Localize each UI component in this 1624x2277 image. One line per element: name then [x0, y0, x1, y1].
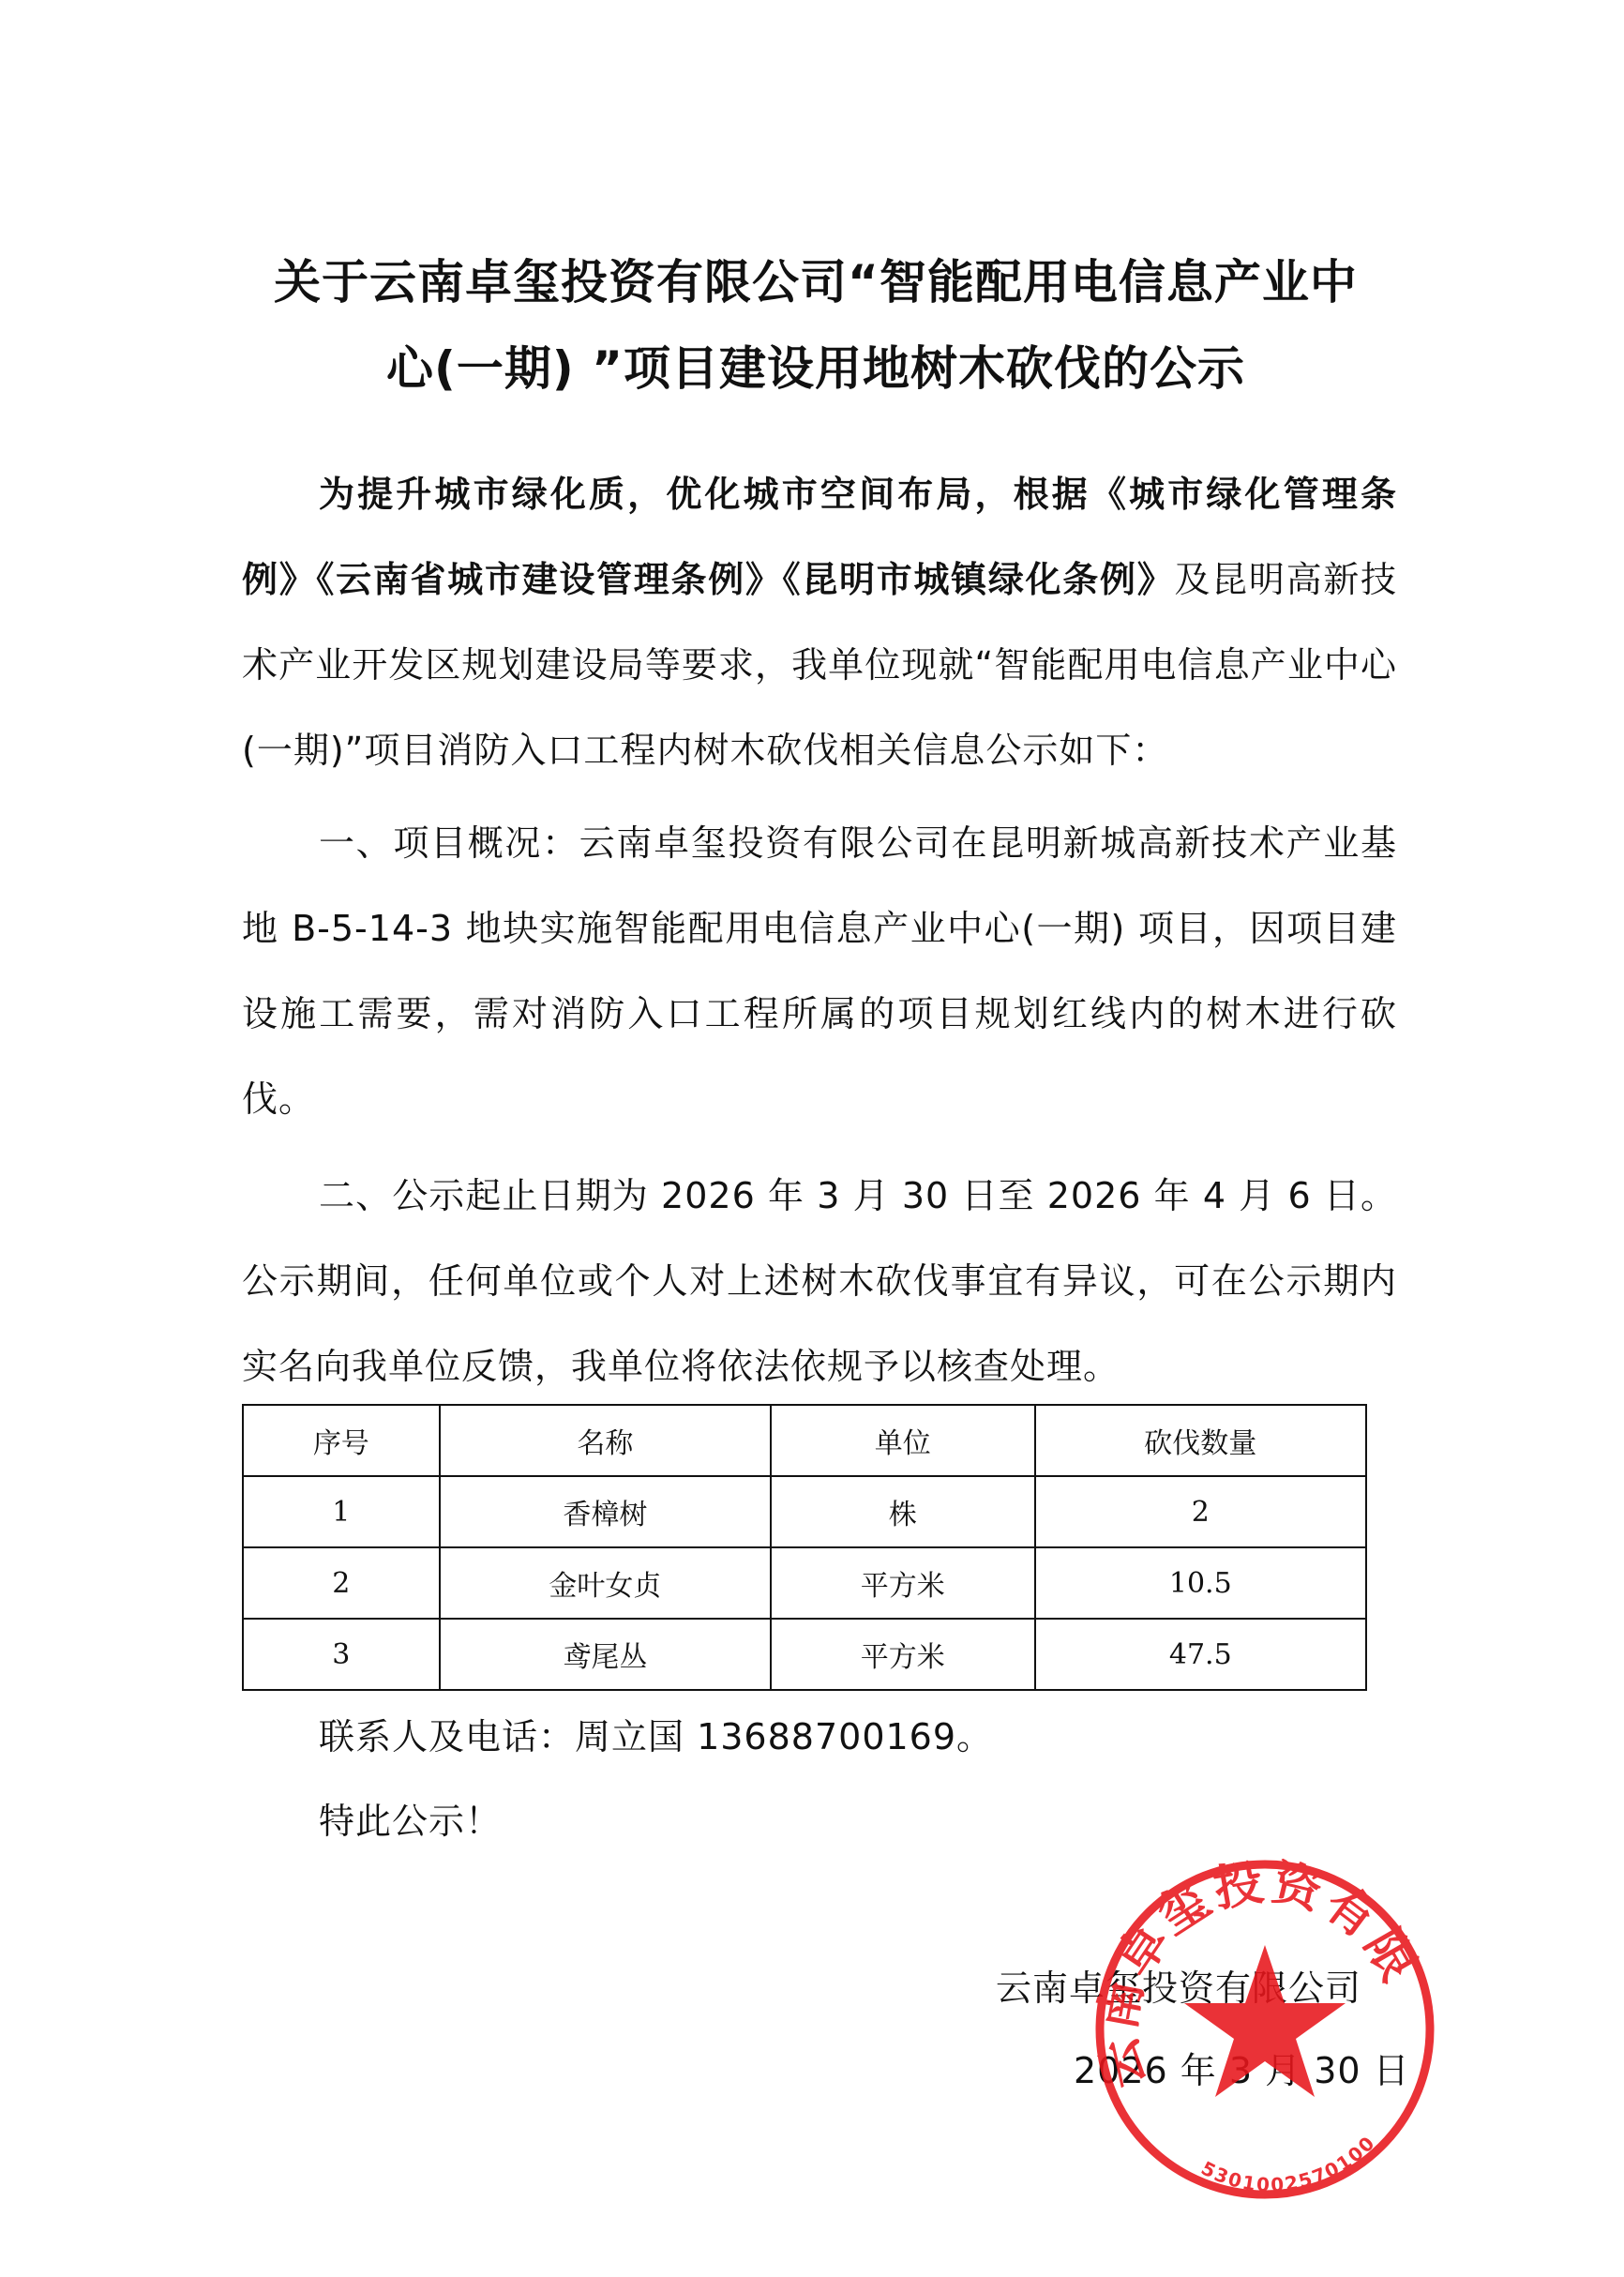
cell-unit: 平方米	[771, 1619, 1035, 1690]
cell-index: 3	[243, 1619, 440, 1690]
svg-text:5301002570100: 5301002570100	[1197, 2131, 1380, 2196]
cell-unit: 平方米	[771, 1547, 1035, 1619]
section-1-text: 一、项目概况：云南卓玺投资有限公司在昆明新城高新技术产业基地 B-5-14-3 …	[242, 801, 1397, 1142]
cell-quantity: 10.5	[1035, 1547, 1366, 1619]
notice-page: 关于云南卓玺投资有限公司“智能配用电信息产业中 心(一期) ”项目建设用地树木砍…	[0, 0, 1624, 2277]
closing-remark: 特此公示！	[319, 1793, 502, 1849]
cell-index: 2	[243, 1547, 440, 1619]
contact-info: 联系人及电话：周立国 13688700169。	[319, 1709, 993, 1765]
company-seal: 云南卓玺投资有限公司 5301002570100	[1090, 1855, 1439, 2204]
cell-quantity: 47.5	[1035, 1619, 1366, 1690]
intro-paragraph: 为提升城市绿化质，优化城市空间布局，根据《城市绿化管理条例》《云南省城市建设管理…	[242, 452, 1397, 793]
cell-name: 香樟树	[440, 1476, 771, 1547]
title-line-2: 心(一期) ”项目建设用地树木砍伐的公示	[225, 325, 1406, 412]
notice-period-paragraph: 二、公示起止日期为 2026 年 3 月 30 日至 2026 年 4 月 6 …	[242, 1154, 1397, 1410]
title-line-1: 关于云南卓玺投资有限公司“智能配用电信息产业中	[225, 239, 1406, 325]
cell-quantity: 2	[1035, 1476, 1366, 1547]
document-title: 关于云南卓玺投资有限公司“智能配用电信息产业中 心(一期) ”项目建设用地树木砍…	[225, 239, 1406, 412]
table-row: 2 金叶女贞 平方米 10.5	[243, 1547, 1366, 1619]
section-2-text: 二、公示起止日期为 2026 年 3 月 30 日至 2026 年 4 月 6 …	[242, 1154, 1397, 1410]
cell-name: 鸢尾丛	[440, 1619, 771, 1690]
tree-felling-table: 序号 名称 单位 砍伐数量 1 香樟树 株 2 2 金叶女贞 平方米 10.5 …	[242, 1404, 1367, 1691]
header-name: 名称	[440, 1405, 771, 1476]
cell-unit: 株	[771, 1476, 1035, 1547]
star-icon	[1184, 1945, 1346, 2097]
header-index: 序号	[243, 1405, 440, 1476]
cell-name: 金叶女贞	[440, 1547, 771, 1619]
table-header-row: 序号 名称 单位 砍伐数量	[243, 1405, 1366, 1476]
table-row: 3 鸢尾丛 平方米 47.5	[243, 1619, 1366, 1690]
header-unit: 单位	[771, 1405, 1035, 1476]
seal-code: 5301002570100	[1197, 2131, 1380, 2196]
header-quantity: 砍伐数量	[1035, 1405, 1366, 1476]
cell-index: 1	[243, 1476, 440, 1547]
table-row: 1 香樟树 株 2	[243, 1476, 1366, 1547]
project-overview-paragraph: 一、项目概况：云南卓玺投资有限公司在昆明新城高新技术产业基地 B-5-14-3 …	[242, 801, 1397, 1142]
